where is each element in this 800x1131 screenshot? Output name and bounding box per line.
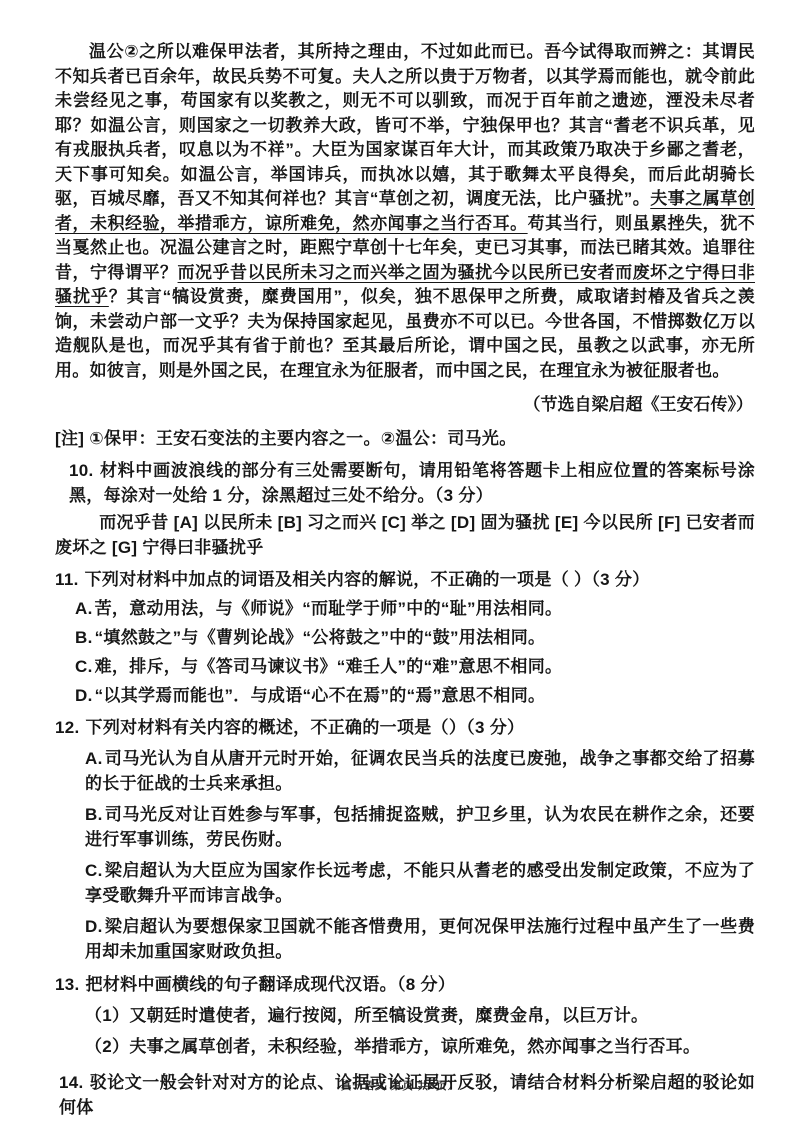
option-text: “以其学焉而能也”．与成语“心不在焉”的“焉”意思不相同。 (95, 686, 546, 705)
question-11-option-a: A.苦，意动用法，与《师说》“而耻学于师”中的“耻”用法相同。 (75, 596, 755, 621)
question-12-option-b: B.司马光反对让百姓参与军事，包括捕捉盗贼，护卫乡里，认为农民在耕作之余，还要进… (85, 802, 755, 852)
option-text: 梁启超认为要想保家卫国就不能吝惜费用，更何况保甲法施行过程中虽产生了一些费用却未… (85, 917, 755, 961)
question-10-number: 10. (69, 461, 94, 480)
option-label: D. (85, 917, 103, 936)
question-11-text: 下列对材料中加点的词语及相关内容的解说，不正确的一项是（ ）（3 分） (85, 570, 650, 589)
footnote: [注] ①保甲：王安石变法的主要内容之一。②温公：司马光。 (55, 424, 755, 449)
option-label: B. (85, 805, 103, 824)
question-11-stem: 11.下列对材料中加点的词语及相关内容的解说，不正确的一项是（ ）（3 分） (55, 567, 755, 592)
question-12-option-c: C.梁启超认为大臣应为国家作长远考虑，不能只从耆老的感受出发制定政策，不应为了享… (85, 858, 755, 908)
exam-page: 温公②之所以难保甲法者，其所持之理由，不过如此而已。吾今试得取而辨之：其谓民不知… (0, 0, 800, 1131)
option-text: “填然鼓之”与《曹刿论战》“公将鼓之”中的“鼓”用法相同。 (95, 628, 546, 647)
question-13-subitem-2: （2）夫事之属草创者，未积经验，举措乖方，谅所难免，然亦闻事之当行否耳。 (85, 1034, 755, 1059)
option-label: C. (85, 861, 103, 880)
question-12-option-a: A.司马光认为自从唐开元时开始，征调农民当兵的法度已废弛，战争之事都交给了招募的… (85, 746, 755, 796)
option-text: 难，排斥，与《答司马谏议书》“难壬人”的“难”意思不相同。 (95, 657, 563, 676)
question-13-subitem-1: （1）又朝廷时遣使者，遍行按阅，所至犒设赏赉，糜费金帛，以巨万计。 (85, 1003, 755, 1028)
question-11: 11.下列对材料中加点的词语及相关内容的解说，不正确的一项是（ ）（3 分） A… (55, 567, 755, 708)
question-10-passage: 而况乎昔 [A] 以民所未 [B] 习之而兴 [C] 举之 [D] 固为骚扰 [… (55, 510, 755, 560)
question-13-number: 13. (55, 975, 80, 994)
option-label: C. (75, 657, 93, 676)
question-11-number: 11. (55, 570, 79, 589)
question-13-text: 把材料中画横线的句子翻译成现代汉语。（8 分） (86, 975, 456, 994)
question-13: 13.把材料中画横线的句子翻译成现代汉语。（8 分） （1）又朝廷时遣使者，遍行… (55, 972, 755, 1059)
question-11-option-d: D.“以其学焉而能也”．与成语“心不在焉”的“焉”意思不相同。 (75, 683, 755, 708)
material-segment: 温公②之所以难保甲法者，其所持之理由，不过如此而已。吾今试得取而辨之：其谓民不知… (55, 42, 755, 208)
option-text: 苦，意动用法，与《师说》“而耻学于师”中的“耻”用法相同。 (95, 599, 563, 618)
question-13-stem: 13.把材料中画横线的句子翻译成现代汉语。（8 分） (55, 972, 755, 997)
question-11-option-b: B.“填然鼓之”与《曹刿论战》“公将鼓之”中的“鼓”用法相同。 (75, 625, 755, 650)
option-text: 梁启超认为大臣应为国家作长远考虑，不能只从耆老的感受出发制定政策，不应为了享受歌… (85, 861, 755, 905)
question-10-stem: 10.材料中画波浪线的部分有三处需要断句，请用铅笔将答题卡上相应位置的答案标号涂… (69, 458, 755, 508)
material-paragraph: 温公②之所以难保甲法者，其所持之理由，不过如此而已。吾今试得取而辨之：其谓民不知… (55, 40, 755, 383)
question-10: 10.材料中画波浪线的部分有三处需要断句，请用铅笔将答题卡上相应位置的答案标号涂… (69, 458, 755, 560)
option-label: A. (85, 749, 103, 768)
question-12-stem: 12.下列对材料有关内容的概述，不正确的一项是（）（3 分） (55, 715, 755, 740)
question-12-text: 下列对材料有关内容的概述，不正确的一项是（）（3 分） (86, 718, 525, 737)
question-10-text: 材料中画波浪线的部分有三处需要断句，请用铅笔将答题卡上相应位置的答案标号涂黑，每… (69, 461, 755, 505)
option-text: 司马光反对让百姓参与军事，包括捕捉盗贼，护卫乡里，认为农民在耕作之余，还要进行军… (85, 805, 755, 849)
option-label: B. (75, 628, 93, 647)
source-attribution: （节选自梁启超《王安石传》） (55, 390, 755, 415)
question-12-number: 12. (55, 718, 80, 737)
option-label: A. (75, 599, 93, 618)
option-label: D. (75, 686, 93, 705)
material-segment: ？其言“犒设赏赉，糜费国用”，似矣，独不思保甲之所费，咸取诸封椿及省兵之羡饷，未… (55, 287, 755, 380)
question-12-option-d: D.梁启超认为要想保家卫国就不能吝惜费用，更何况保甲法施行过程中虽产生了一些费用… (85, 914, 755, 964)
question-11-option-c: C.难，排斥，与《答司马谏议书》“难壬人”的“难”意思不相同。 (75, 654, 755, 679)
page-footer: 真一语文 第页 共8页） (0, 1078, 800, 1093)
option-text: 司马光认为自从唐开元时开始，征调农民当兵的法度已废弛，战争之事都交给了招募的长于… (85, 749, 755, 793)
question-12: 12.下列对材料有关内容的概述，不正确的一项是（）（3 分） A.司马光认为自从… (55, 715, 755, 964)
